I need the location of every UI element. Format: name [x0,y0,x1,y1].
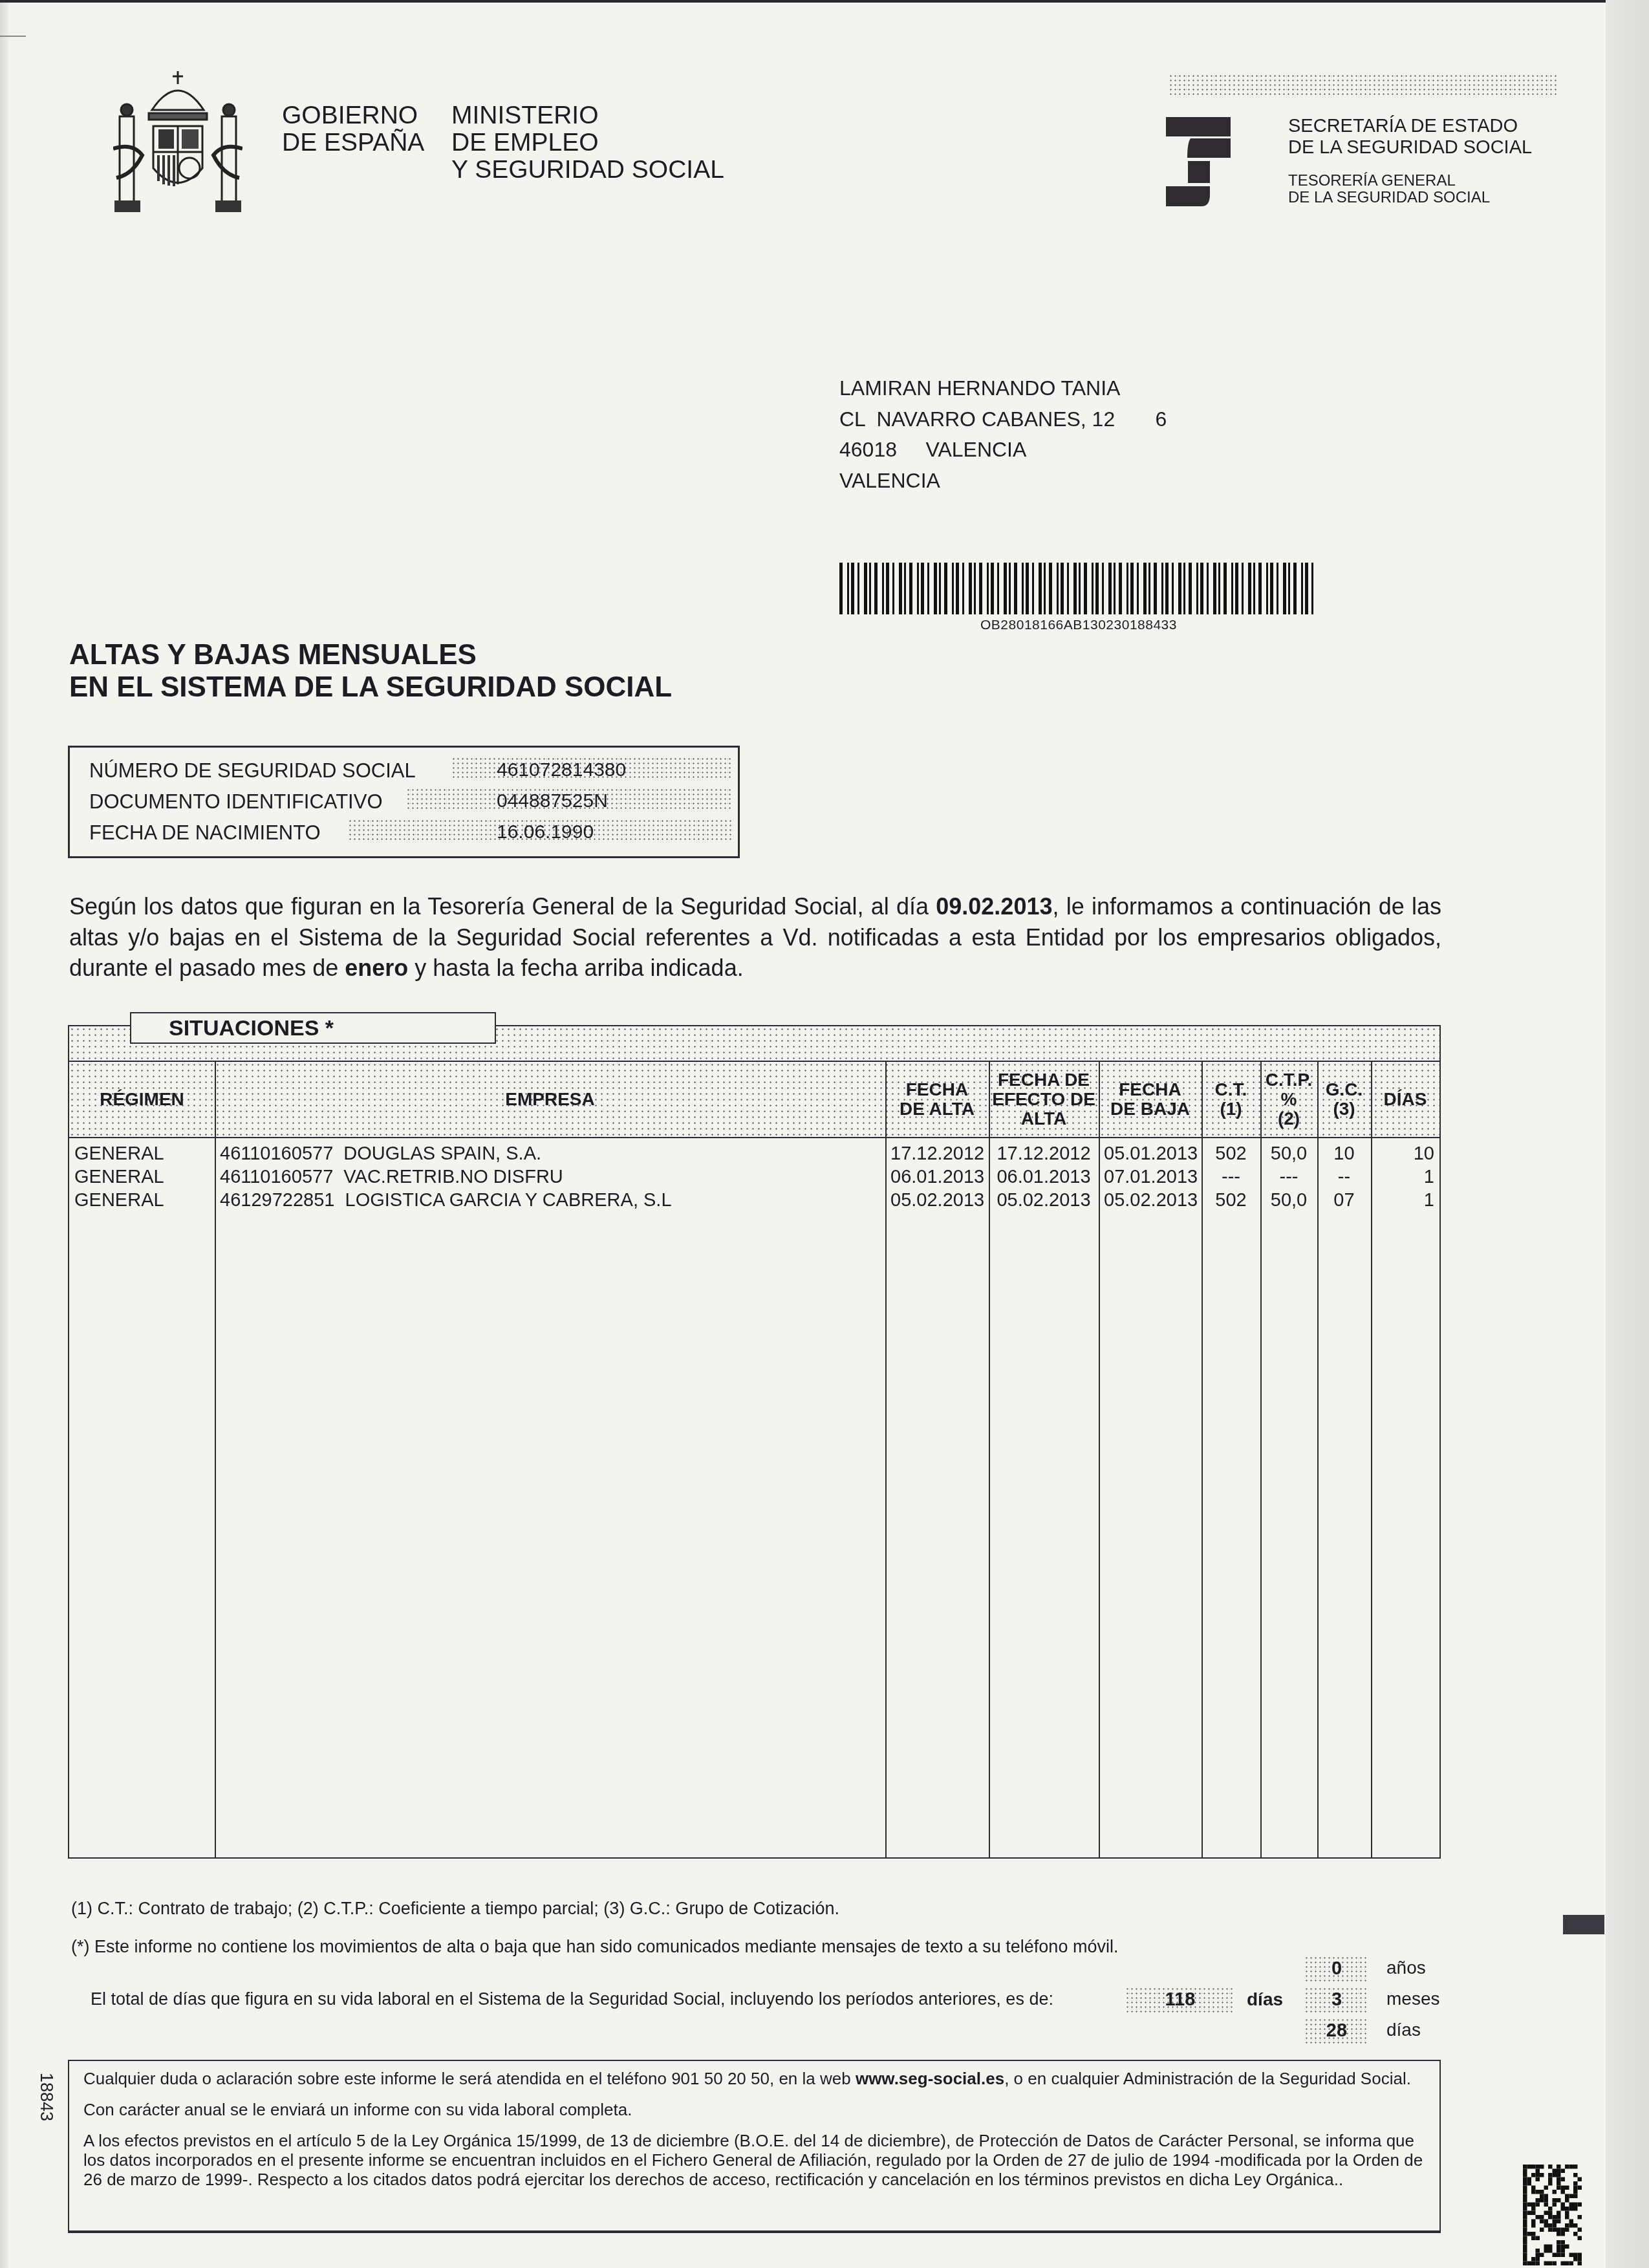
column-header: FECHADE ALTA [885,1062,989,1137]
table-row: GENERAL46110160577 VAC.RETRIB.NO DISFRU0… [69,1165,1439,1189]
document-title-line: ALTAS Y BAJAS MENSUALES [69,639,672,671]
report-month: enero [345,955,408,981]
contact-paragraph: Cualquier duda o aclaración sobre este i… [83,2069,1425,2088]
cell-empresa: 46129722851 LOGISTICA GARCIA Y CABRERA, … [220,1189,880,1212]
cell-fecha-efecto-alta: 05.02.2013 [994,1189,1094,1212]
cell-regimen: GENERAL [74,1142,210,1165]
years-value: 0 [1331,1958,1342,1980]
barcode-icon [839,563,1318,614]
tgss-logo-icon [1166,117,1231,208]
cell-fecha-alta: 06.01.2013 [890,1165,984,1189]
column-divider [989,1062,990,1857]
print-mark [1563,1915,1604,1934]
years-field: 0 [1304,1956,1369,1982]
website-link[interactable]: www.seg-social.es [856,2069,1004,2088]
identity-row-ssn: NÚMERO DE SEGURIDAD SOCIAL 461072814380 [70,754,738,784]
scan-edge-left [0,0,9,2268]
cell-dias: 1 [1376,1165,1434,1189]
recipient-address: LAMIRAN HERNANDO TANIA CL NAVARRO CABANE… [839,373,1167,496]
scan-edge-top [0,0,1606,3]
secretariat-line: SECRETARÍA DE ESTADO [1288,116,1532,137]
coat-of-arms-icon [113,65,242,213]
column-header: EMPRESA [215,1062,885,1137]
barcode-text: OB28018166AB130230188433 [839,618,1318,633]
months-label: meses [1386,1989,1439,2009]
column-header: FECHADE BAJA [1099,1062,1202,1137]
identity-box: NÚMERO DE SEGURIDAD SOCIAL 461072814380 … [68,746,740,858]
section-label-situaciones: SITUACIONES * [130,1012,496,1044]
intro-text: y hasta la fecha arriba indicada. [408,955,743,981]
intro-paragraph: Según los datos que figuran en la Tesore… [69,891,1441,984]
treasury-line: DE LA SEGURIDAD SOCIAL [1288,189,1490,206]
ministry-line: DE EMPLEO [451,129,724,157]
cell-dias: 10 [1376,1142,1434,1165]
legend-note: (1) C.T.: Contrato de trabajo; (2) C.T.P… [71,1899,839,1919]
identity-value: 044887525N [497,790,608,812]
identity-label: FECHA DE NACIMIENTO [89,821,329,845]
days-label: días [1386,2020,1421,2040]
footer-info-box: Cualquier duda o aclaración sobre este i… [68,2060,1441,2233]
days-field: 28 [1304,2018,1369,2044]
table-row: GENERAL46110160577 DOUGLAS SPAIN, S.A.17… [69,1142,1439,1165]
column-header: DÍAS [1371,1062,1439,1137]
cell-ct: 502 [1207,1189,1255,1212]
column-divider [1202,1062,1203,1857]
annual-report-note: Con carácter anual se le enviará un info… [83,2100,1425,2119]
scan-mark [0,36,26,37]
cell-fecha-efecto-alta: 06.01.2013 [994,1165,1094,1189]
column-divider [1260,1062,1262,1857]
column-header: C.T.(1) [1202,1062,1260,1137]
government-line: GOBIERNO [282,102,424,129]
cell-regimen: GENERAL [74,1189,210,1212]
total-days-field: 118 [1125,1987,1235,2013]
cell-fecha-baja: 05.02.2013 [1104,1189,1196,1212]
table-row: GENERAL46129722851 LOGISTICA GARCIA Y CA… [69,1189,1439,1212]
side-reference-number: 18843 [36,2073,56,2121]
ministry-line: Y SEGURIDAD SOCIAL [451,157,724,184]
situaciones-table: RÉGIMENEMPRESAFECHADE ALTAFECHA DEEFECTO… [68,1061,1441,1859]
years-label: años [1386,1958,1426,1978]
contact-text: Cualquier duda o aclaración sobre este i… [83,2069,856,2088]
column-header: C.T.P.%(2) [1260,1062,1317,1137]
intro-text: Según los datos que figuran en la Tesore… [69,893,936,920]
recipient-postal-city: 46018 VALENCIA [839,435,1167,466]
cell-regimen: GENERAL [74,1165,210,1189]
government-name: GOBIERNO DE ESPAÑA [282,102,424,157]
column-divider [1099,1062,1100,1857]
ministry-name: MINISTERIO DE EMPLEO Y SEGURIDAD SOCIAL [451,102,724,184]
secretariat-name: SECRETARÍA DE ESTADO DE LA SEGURIDAD SOC… [1288,116,1532,158]
recipient-name: LAMIRAN HERNANDO TANIA [839,373,1167,404]
cell-ct: --- [1207,1165,1255,1189]
cell-ctp: 50,0 [1266,1189,1312,1212]
secretariat-line: DE LA SEGURIDAD SOCIAL [1288,137,1532,158]
total-days-text: El total de días que figura en su vida l… [91,1989,1053,2009]
cell-empresa: 46110160577 DOUGLAS SPAIN, S.A. [220,1142,880,1165]
months-value: 3 [1331,1989,1342,2011]
cell-ct: 502 [1207,1142,1255,1165]
cell-fecha-baja: 07.01.2013 [1104,1165,1196,1189]
column-divider [885,1062,887,1857]
identity-value: 16.06.1990 [497,821,594,843]
scan-edge-right [1606,0,1649,2268]
column-header: RÉGIMEN [69,1062,215,1137]
recipient-province: VALENCIA [839,466,1167,497]
cell-empresa: 46110160577 VAC.RETRIB.NO DISFRU [220,1165,880,1189]
government-line: DE ESPAÑA [282,129,424,157]
treasury-line: TESORERÍA GENERAL [1288,173,1490,189]
cell-dias: 1 [1376,1189,1434,1212]
cell-ctp: 50,0 [1266,1142,1312,1165]
cell-gc: 10 [1322,1142,1366,1165]
identity-label: DOCUMENTO IDENTIFICATIVO [89,790,391,814]
cell-fecha-efecto-alta: 17.12.2012 [994,1142,1094,1165]
column-divider [1371,1062,1372,1857]
months-field: 3 [1304,1987,1369,2013]
asterisk-note: (*) Este informe no contiene los movimie… [71,1937,1118,1957]
cell-gc: -- [1322,1165,1366,1189]
column-divider [215,1062,216,1857]
identity-row-birthdate: FECHA DE NACIMIENTO 16.06.1990 [70,816,738,846]
recipient-street: CL NAVARRO CABANES, 12 6 [839,404,1167,435]
header-pattern-band [1169,74,1557,97]
document-title-line: EN EL SISTEMA DE LA SEGURIDAD SOCIAL [69,671,672,704]
treasury-name: TESORERÍA GENERAL DE LA SEGURIDAD SOCIAL [1288,173,1490,206]
cell-fecha-baja: 05.01.2013 [1104,1142,1196,1165]
identity-row-document: DOCUMENTO IDENTIFICATIVO 044887525N [70,785,738,815]
contact-text: , o en cualquier Administración de la Se… [1004,2069,1411,2088]
cell-ctp: --- [1266,1165,1312,1189]
cell-fecha-alta: 05.02.2013 [890,1189,984,1212]
report-date: 09.02.2013 [936,893,1052,920]
cell-fecha-alta: 17.12.2012 [890,1142,984,1165]
column-divider [1317,1062,1319,1857]
document-title: ALTAS Y BAJAS MENSUALES EN EL SISTEMA DE… [69,639,672,704]
total-days-label: días [1247,1989,1283,2010]
column-header: FECHA DEEFECTO DEALTA [989,1062,1099,1137]
legal-notice: A los efectos previstos en el artículo 5… [83,2131,1425,2189]
cell-gc: 07 [1322,1189,1366,1212]
table-header: RÉGIMENEMPRESAFECHADE ALTAFECHA DEEFECTO… [69,1062,1439,1138]
identity-label: NÚMERO DE SEGURIDAD SOCIAL [89,759,424,783]
total-days-value: 118 [1165,1989,1196,2011]
identity-value: 461072814380 [497,759,626,781]
datamatrix-code-icon [1523,2165,1582,2268]
days-value: 28 [1326,2020,1347,2042]
column-header: G.C.(3) [1317,1062,1371,1137]
ministry-line: MINISTERIO [451,102,724,129]
